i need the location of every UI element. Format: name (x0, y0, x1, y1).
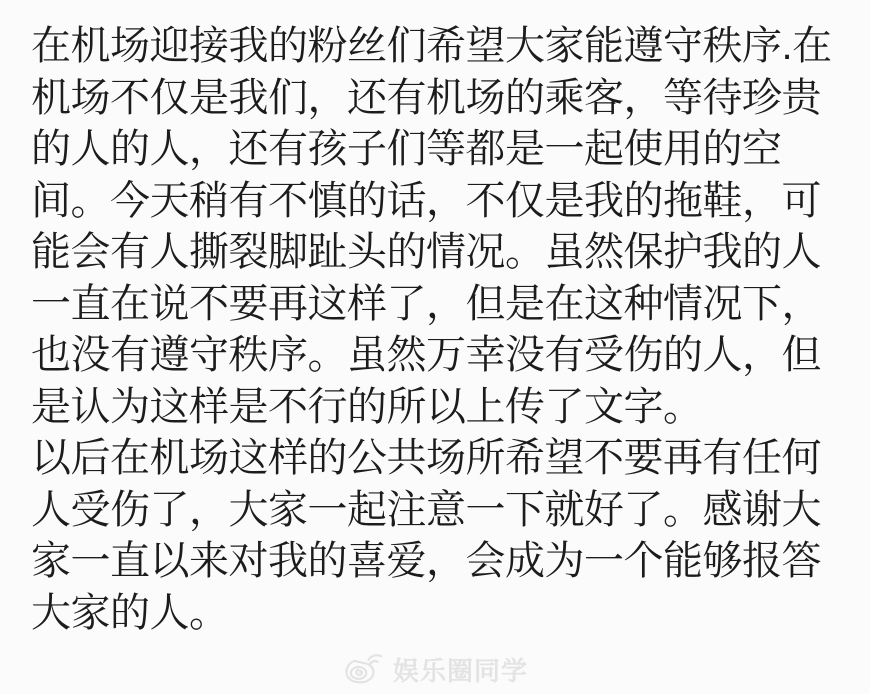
text-line: 以后在机场这样的公共场所希望不要再有任何 (31, 433, 850, 485)
text-line: 在机场迎接我的粉丝们希望大家能遵守秩序.在 (31, 21, 850, 73)
text-line: 也没有遵守秩序。虽然万幸没有受伤的人，但 (31, 330, 850, 382)
statement-text: 在机场迎接我的粉丝们希望大家能遵守秩序.在 机场不仅是我们，还有机场的乘客，等待… (31, 21, 850, 639)
weibo-logo-icon (342, 649, 386, 687)
watermark-label: 娱乐圈同学 (393, 652, 528, 684)
text-line: 是认为这样是不行的所以上传了文字。 (31, 382, 850, 434)
text-line: 能会有人撕裂脚趾头的情况。虽然保护我的人 (31, 227, 850, 279)
text-line: 家一直以来对我的喜爱，会成为一个能够报答 (31, 536, 850, 588)
text-line: 机场不仅是我们，还有机场的乘客，等待珍贵 (31, 73, 850, 125)
text-line: 一直在说不要再这样了，但是在这种情况下， (31, 279, 850, 331)
text-line: 大家的人。 (31, 588, 850, 640)
text-line: 间。今天稍有不慎的话，不仅是我的拖鞋，可 (31, 176, 850, 228)
text-line: 人受伤了，大家一起注意一下就好了。感谢大 (31, 485, 850, 537)
watermark: 娱乐圈同学 (0, 649, 870, 687)
text-line: 的人的人，还有孩子们等都是一起使用的空 (31, 124, 850, 176)
